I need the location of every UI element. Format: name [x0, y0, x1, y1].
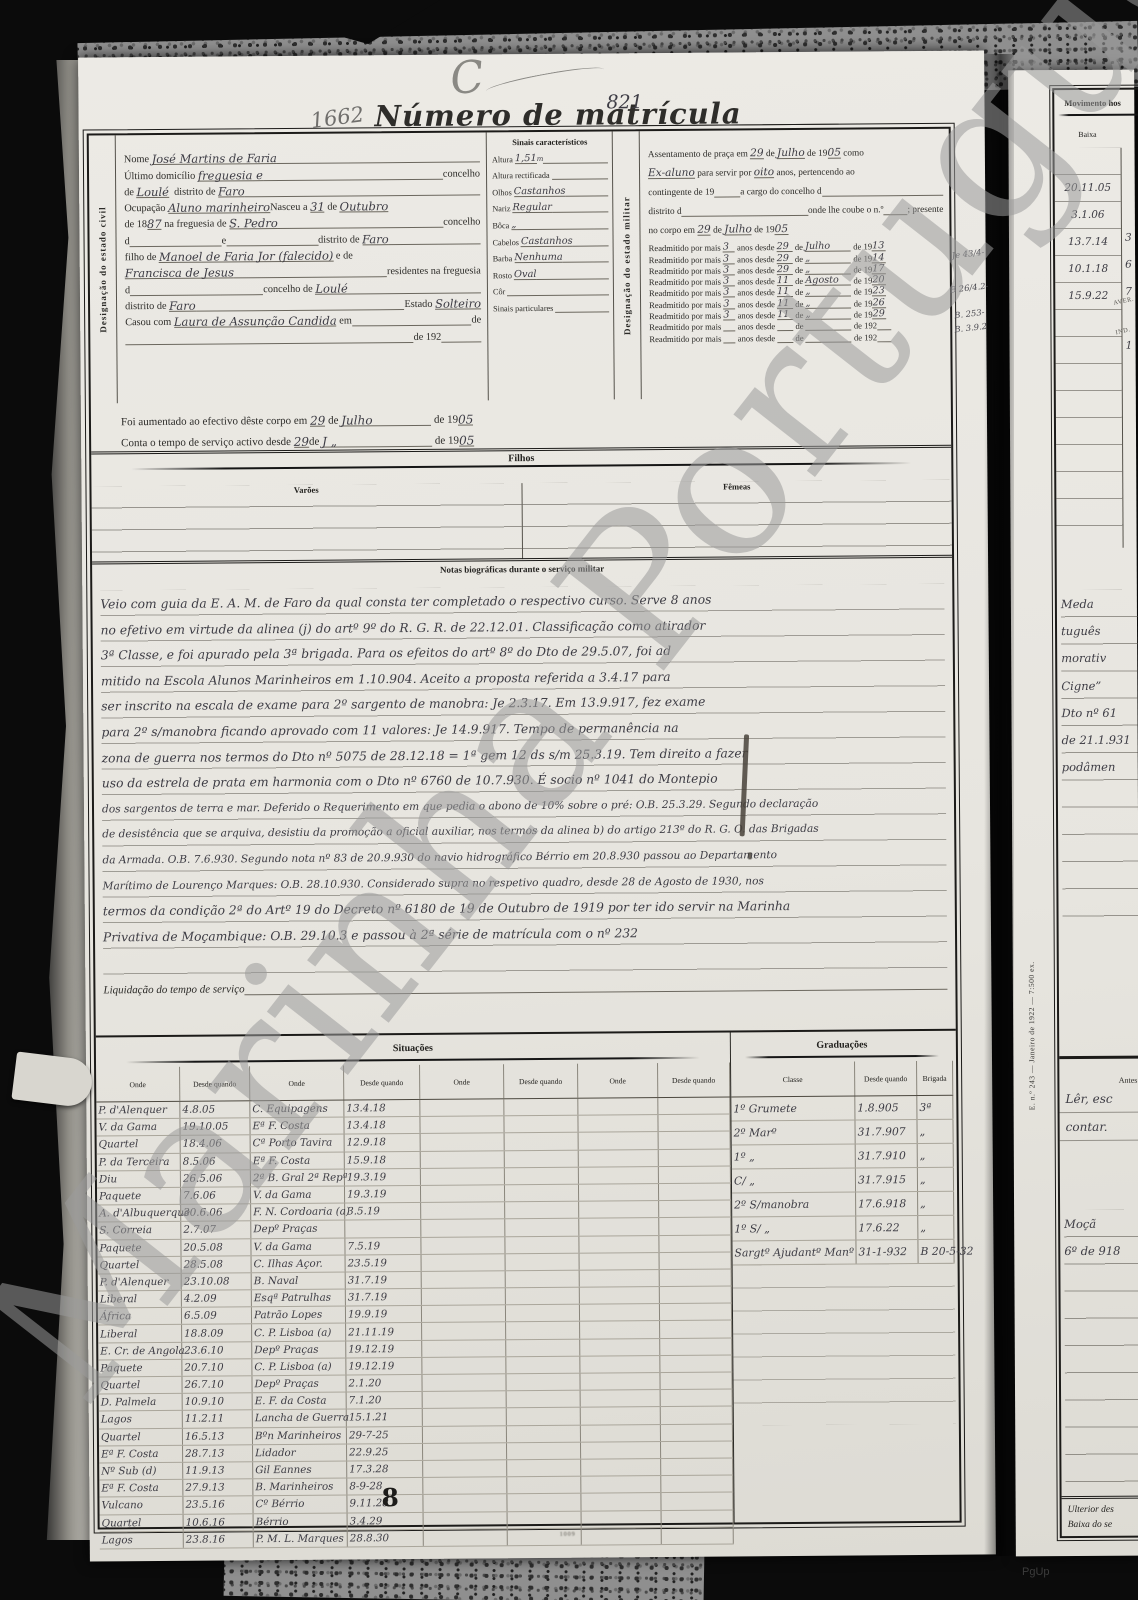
onde-4 — [581, 1425, 661, 1442]
de19-print: de 19 — [853, 242, 872, 252]
onde-3 — [421, 1134, 505, 1151]
desde-4 — [659, 1166, 731, 1183]
onde-2: V. da Gama — [251, 1238, 345, 1255]
onde-1: E. Cr. de Angola — [98, 1342, 182, 1359]
onde-2: Depº Praças — [251, 1221, 345, 1238]
right-notes-block-1: Meda tuguês morativ Cigne” Dto nº 61 de … — [1061, 590, 1138, 920]
sinais-value: 1,51 — [515, 154, 537, 164]
onde-4 — [580, 1373, 660, 1390]
desde-2: 31.7.19 — [346, 1272, 422, 1289]
note-line: 6º de 918 — [1064, 1237, 1138, 1265]
classe-cell: 1º „ — [732, 1145, 856, 1169]
onde-2: Bérrio — [254, 1513, 348, 1530]
anos-pert-label: anos, pertencendo ao — [776, 167, 854, 178]
onde-1: V. da Gama — [96, 1119, 180, 1136]
desde-4 — [661, 1441, 733, 1458]
sinais-label: Altura — [492, 155, 513, 164]
col-brigada: Brigada — [917, 1061, 953, 1095]
note-line: Cigne” — [1061, 671, 1138, 699]
desde-3 — [505, 1236, 579, 1253]
readm-ano: 14 — [872, 253, 886, 263]
classe-cell: 1º Grumete — [731, 1097, 855, 1121]
efectivo-section: Foi aumentado ao efectivo dêste corpo em… — [121, 403, 721, 450]
desde-1: 10.6.16 — [184, 1514, 254, 1531]
readm-anos — [724, 342, 736, 343]
onde-1: Diu — [97, 1171, 181, 1188]
readm-anos: 3 — [723, 254, 735, 264]
de-label: de — [795, 333, 803, 343]
desde-cell: 17.6.918 — [856, 1192, 918, 1215]
readmitido-label: Readmitido por mais — [649, 288, 721, 299]
filho-de-label: filho de — [125, 252, 157, 263]
note-line: Dto nº 61 — [1061, 698, 1138, 726]
service-table: Situações Onde Desde quando Onde Desde q… — [96, 1029, 960, 1530]
onde-2: C. Ilhas Açor. — [252, 1255, 346, 1272]
onde-3 — [423, 1443, 507, 1460]
brigada-cell: B 20-5-32 — [918, 1240, 954, 1263]
onde-3 — [422, 1357, 506, 1374]
onde-4 — [579, 1167, 659, 1184]
register-left-page: C 1662 Número de matrícula 821 Designaçã… — [78, 50, 996, 1561]
de-label: de — [795, 265, 803, 275]
sinais-label: Nariz — [492, 205, 510, 214]
onde-1: Quartel — [98, 1377, 182, 1394]
onde-1: Quartel — [97, 1136, 181, 1153]
cargo-label: a cargo do concelho d — [740, 187, 821, 198]
readm-dia: 11 — [777, 276, 793, 286]
col-onde: Onde — [250, 1066, 344, 1101]
form-frame: Designação do estado civil Nome José Mar… — [87, 127, 962, 1530]
ulterior-label: Ulterior des — [1062, 1503, 1138, 1518]
right-bottom-section: Ulterior des Baixa do se — [1062, 1496, 1138, 1533]
desde-1: 27.9.13 — [183, 1479, 253, 1496]
militar-section: Designação do estado militar Assentament… — [613, 129, 951, 400]
onde-1: Lagos — [100, 1531, 184, 1548]
desde-3 — [507, 1477, 581, 1494]
sinais-value: Castanhos — [521, 236, 573, 246]
sinais-label: Côr — [493, 288, 505, 297]
onde-1: Eª F. Costa — [99, 1480, 183, 1497]
coube-label: onde lhe coube o n.º — [808, 205, 884, 216]
readm-dia: 29 — [777, 254, 793, 264]
onde-1: Quartel — [98, 1256, 182, 1273]
desde-1: 4.2.09 — [182, 1290, 252, 1307]
readm-anos: 3 — [723, 277, 735, 287]
desde-1: 8.5.06 — [181, 1153, 251, 1170]
concelho1-value: Loulé — [136, 187, 169, 198]
desde-1: 23.10.08 — [182, 1273, 252, 1290]
desde-3 — [505, 1150, 579, 1167]
onde-4 — [580, 1356, 660, 1373]
identity-section: Designação do estado civil Nome José Mar… — [89, 129, 951, 404]
de-label: de — [766, 149, 775, 159]
concelho-de-label: concelho de — [263, 283, 313, 294]
de-label: de — [795, 321, 803, 331]
onde-3 — [422, 1271, 506, 1288]
onde-1: Vulcano — [99, 1497, 183, 1514]
graduacoes-row: 1º „ 31.7.910 „ — [732, 1144, 954, 1170]
desde-1: 11.9.13 — [183, 1462, 253, 1479]
overwritten-digit: 8 — [381, 1483, 399, 1512]
graduacoes-header-row: Classe Desde quando Brigada — [731, 1061, 953, 1098]
onde-1: A. d'Albuquerque — [97, 1205, 181, 1222]
sinais-row: Côr — [493, 279, 609, 297]
de19-label: de 19 — [434, 414, 458, 426]
onde-1: Lagos — [99, 1411, 183, 1428]
onde-4 — [581, 1493, 661, 1510]
presente-label: ; presente — [907, 205, 943, 215]
desde-1: 30.6.06 — [181, 1204, 251, 1221]
readm-mes: „ — [805, 253, 851, 263]
nasc-ano-value: 87 — [147, 219, 162, 230]
onde-2: Patrão Lopes — [252, 1307, 346, 1324]
graduacoes-row: C/ „ 31.7.915 „ — [732, 1168, 954, 1194]
margin-note: B 26/4.2- — [950, 280, 989, 294]
desde-2: 3.5.19 — [345, 1203, 421, 1220]
baixa-col2-fragment: 3 — [1125, 232, 1138, 244]
militar-side-strip: Designação do estado militar — [613, 131, 642, 399]
desde-1: 19.10.05 — [180, 1118, 250, 1135]
sinais-row: Altura rectificada — [492, 163, 608, 181]
desde-2: 15.1.21 — [347, 1409, 423, 1426]
brigada-cell: „ — [918, 1144, 954, 1167]
note-line: morativ — [1061, 644, 1138, 672]
desde-3 — [505, 1133, 579, 1150]
readmitido-label: Readmitido por mais — [649, 265, 721, 276]
baixa-date: 3.1.06 — [1055, 201, 1121, 228]
col-desde: Desde quando — [855, 1061, 917, 1095]
readmitido-label: Readmitido por mais — [649, 254, 721, 265]
anos-servir-value: oito — [754, 168, 774, 178]
desde-1: 6.5.09 — [182, 1308, 252, 1325]
graduacoes-title: Graduações — [731, 1031, 953, 1057]
nasc-dia-value: 31 — [310, 202, 325, 213]
onde-3 — [420, 1116, 504, 1133]
note-line: de 21.1.931 — [1062, 726, 1138, 754]
distrito-label: distrito de — [174, 186, 216, 197]
de18-label: de 18 — [124, 220, 147, 231]
note-line: podâmen — [1062, 753, 1138, 781]
corpo-ano: 05 — [775, 225, 789, 235]
onde-3 — [424, 1512, 508, 1529]
readmitido-label: Readmitido por mais — [649, 333, 721, 344]
onde-3 — [422, 1306, 506, 1323]
onde-2: F. N. Cordoaria (a) — [251, 1204, 345, 1221]
de19-label: de 19 — [807, 149, 827, 159]
baixa-date: 10.1.18 — [1055, 255, 1121, 282]
classe-cell: 2º Marº — [731, 1121, 855, 1145]
anos-desde-label: anos desde — [737, 265, 775, 275]
onde-4 — [579, 1201, 659, 1218]
col-desde: Desde quando — [180, 1066, 250, 1101]
note-line: Meda — [1061, 590, 1138, 618]
desde-4 — [658, 1097, 730, 1114]
onde-1: P. da Terceira — [97, 1153, 181, 1170]
desde-2: 19.9.19 — [346, 1306, 422, 1323]
onde-2: C. Equipagens — [250, 1101, 344, 1118]
desde-4 — [660, 1355, 732, 1372]
de-label: de — [795, 242, 803, 252]
assent-dia: 29 — [750, 149, 764, 159]
onde-1: Paquete — [97, 1188, 181, 1205]
onde-3 — [421, 1151, 505, 1168]
onde-2: Lidador — [253, 1444, 347, 1461]
conta-dia: 29 — [294, 437, 309, 448]
sinais-row: Rosto Oval — [493, 263, 609, 281]
readm-mes: Julho — [805, 242, 851, 252]
bio-notes: Veio com guia da E. A. M. de Faro da qua… — [100, 584, 947, 977]
classe-cell: Sargtº Ajudantº Manº — [732, 1241, 856, 1265]
desde-4 — [659, 1132, 731, 1149]
desde-1: 2.7.07 — [181, 1222, 251, 1239]
sinais-row: Olhos Castanhos — [492, 180, 608, 198]
onde-3 — [422, 1323, 506, 1340]
graduacoes-row: 2º S/manobra 17.6.918 „ — [732, 1192, 954, 1218]
baixa-column: 20.11.05 3.1.06 13.7.14 10.1.18 15.9.22 — [1055, 148, 1124, 548]
ind-stamp: IND. — [1115, 326, 1131, 336]
onde-4 — [580, 1253, 660, 1270]
situacoes-table: Situações Onde Desde quando Onde Desde q… — [96, 1032, 734, 1529]
sinais-label: Sinais particulares — [493, 304, 553, 313]
nome-label: Nome — [124, 154, 149, 165]
onde-3 — [423, 1409, 507, 1426]
ink-dot — [748, 852, 751, 859]
assent-mes: Julho — [777, 149, 805, 159]
desde-1: 23.5.16 — [183, 1497, 253, 1514]
page-gutter-shadow — [984, 54, 1014, 1556]
register-right-page: E. n.º 243 — Janeiro de 1922 — 7:500 ex.… — [1008, 70, 1138, 1557]
de19-label: de 19 — [435, 435, 459, 447]
desde-3 — [507, 1494, 581, 1511]
sinais-section: Sinais característicos Altura 1,51m Altu… — [486, 131, 615, 400]
no-corpo-label: no corpo em — [648, 226, 695, 236]
onde-4 — [579, 1132, 659, 1149]
corpo-dia: 29 — [697, 226, 711, 236]
nasceu-label: Nasceu a — [270, 202, 308, 213]
desde-1: 28.5.08 — [182, 1256, 252, 1273]
de19-label: de 19 — [754, 225, 774, 235]
brigada-cell: 3ª — [917, 1096, 953, 1119]
militar-fields: Assentamento de praça em 29 de Julho de … — [640, 129, 951, 399]
desde-2: 29-7-25 — [347, 1426, 423, 1443]
aumentado-mes: Julho — [341, 415, 431, 427]
onde-2: B. Naval — [252, 1272, 346, 1289]
ocupacao-label: Ocupação — [124, 203, 165, 214]
distrito-label: distrito de — [125, 301, 167, 312]
assentamento-label: Assentamento de praça em — [648, 149, 748, 160]
graduacoes-row: 1º Grumete 1.8.905 3ª — [731, 1096, 953, 1122]
desde-4 — [661, 1493, 733, 1510]
readm-anos: 3 — [723, 288, 735, 298]
como-label: como — [843, 148, 864, 158]
onde-3 — [423, 1426, 507, 1443]
sinais-value: Castanhos — [514, 187, 566, 197]
nome-value: José Martins de Faria — [152, 153, 277, 165]
sinais-row: Barba Nenhuma — [493, 246, 609, 264]
onde-2: Gil Eannes — [253, 1461, 347, 1478]
desde-2: 23.5.19 — [346, 1255, 422, 1272]
classe-cell: 1º S/ „ — [732, 1217, 856, 1241]
baixa-date: 20.11.05 — [1055, 174, 1121, 201]
onde-1: Nº Sub (d) — [99, 1463, 183, 1480]
situacoes-row: Lagos 23.8.16 P. M. L. Marques 28.8.30 — [100, 1527, 734, 1549]
desde-3 — [506, 1253, 580, 1270]
de19-print: de 19 — [854, 309, 873, 319]
concelho-label: concelho — [443, 217, 480, 228]
onde-1: África — [98, 1308, 182, 1325]
section-rule — [1059, 1056, 1138, 1059]
desde-2: 3.4.29 — [348, 1512, 424, 1529]
desde-4 — [659, 1218, 731, 1235]
filhos-femeas-column: Fêmeas — [521, 480, 952, 559]
onde-1: Liberal — [98, 1325, 182, 1342]
desde-3 — [506, 1288, 580, 1305]
desde-2: 2.1.20 — [346, 1375, 422, 1392]
de19-print: de 192 — [854, 332, 877, 342]
desde-4 — [659, 1149, 731, 1166]
onde-4 — [580, 1287, 660, 1304]
onde-4 — [580, 1270, 660, 1287]
desde-2: 17.3.28 — [347, 1461, 423, 1478]
onde-4 — [579, 1236, 659, 1253]
onde-3 — [421, 1202, 505, 1219]
onde-1: Paquete — [98, 1360, 182, 1377]
sinais-row: Nariz Regular — [492, 196, 608, 214]
sinais-label: Olhos — [492, 188, 512, 197]
col-desde: Desde quando — [504, 1064, 578, 1099]
onde-4 — [580, 1304, 660, 1321]
domicilio-label: Último domicílio — [124, 170, 195, 182]
readm-mes: „ — [805, 287, 851, 297]
desde-3 — [507, 1460, 581, 1477]
readmitido-label: Readmitido por mais — [649, 299, 721, 310]
brigada-cell: „ — [918, 1216, 954, 1239]
classe-cell: 2º S/manobra — [732, 1193, 856, 1217]
varoes-header: Varões — [91, 483, 521, 496]
de19-print: de 19 — [853, 276, 872, 286]
desde-2: 19.12.19 — [346, 1341, 422, 1358]
onde-2: P. M. L. Marques — [254, 1530, 348, 1547]
estado-value: Solteiro — [435, 298, 481, 309]
desde-4 — [659, 1183, 731, 1200]
aumentado-dia: 29 — [310, 416, 325, 427]
desde-1: 18.4.06 — [181, 1136, 251, 1153]
de-label: de — [713, 226, 722, 236]
scanned-register-screen: PgUp C 1662 Número de matrícula 821 Desi… — [0, 0, 1138, 1600]
desde-1: 10.9.10 — [183, 1393, 253, 1410]
antes-line: Lêr, esc — [1059, 1085, 1138, 1113]
militar-side-label: Designação do estado militar — [621, 196, 632, 335]
readm-dia: 29 — [777, 265, 793, 275]
right-form-frame: Movimento hos Baixa 20.11.05 3.1.06 13.7… — [1052, 88, 1138, 1538]
onde-4 — [581, 1442, 661, 1459]
onde-3 — [423, 1391, 507, 1408]
desde-2: 15.9.18 — [345, 1151, 421, 1168]
graduacoes-table: Graduações Classe Desde quando Brigada 1… — [730, 1031, 957, 1525]
onde-3 — [421, 1185, 505, 1202]
readm-anos: 3 — [723, 311, 735, 321]
desde-2: 19.3.19 — [345, 1169, 421, 1186]
onde-1: P. d'Alenquer — [98, 1274, 182, 1291]
readm-dia: 11 — [777, 287, 793, 297]
sinais-value: Nenhuma — [514, 253, 563, 263]
desde-1: 4.8.05 — [180, 1101, 250, 1118]
sinais-label: Cabelos — [493, 238, 519, 247]
de19-print: de 192 — [854, 321, 877, 331]
baixa-column-header: Baixa — [1054, 130, 1120, 139]
onde-4 — [582, 1528, 662, 1545]
situacoes-header-row: Onde Desde quando Onde Desde quando Onde… — [96, 1062, 730, 1102]
keyboard-key-pgup: PgUp — [1022, 1566, 1050, 1578]
baixa-col2-fragment: 6 — [1125, 259, 1138, 271]
margin-note: Je 43/4- — [951, 247, 985, 261]
baixa-col2-fragment: 1 — [1126, 340, 1138, 352]
col-classe: Classe — [731, 1062, 855, 1097]
readmitido-label: Readmitido por mais — [649, 311, 721, 322]
readmission-row: Readmitido por mais anos desde de de 192 — [649, 330, 944, 344]
residentes-label: residentes na freguesia — [387, 266, 481, 278]
estado-label: Estado — [404, 299, 432, 310]
sinais-value: Oval — [514, 270, 537, 280]
femeas-header: Fêmeas — [522, 480, 952, 493]
desde-2: 31.7.19 — [346, 1289, 422, 1306]
desde-2: 13.4.18 — [344, 1117, 420, 1134]
domicilio-value: freguesia e — [198, 170, 263, 182]
readm-anos — [724, 331, 736, 332]
liquidacao-label: Liquidação do tempo de serviço — [103, 983, 244, 996]
onde-2: Lancha de Guerra — [253, 1410, 347, 1427]
col-desde: Desde quando — [344, 1065, 420, 1100]
readm-dia: 11 — [777, 310, 793, 320]
onde-2: Depº Praças — [252, 1341, 346, 1358]
desde-2: 12.9.18 — [345, 1134, 421, 1151]
anos-desde-label: anos desde — [738, 310, 776, 320]
de-label: de — [309, 436, 319, 448]
sinais-value: Regular — [513, 203, 552, 213]
anos-desde-label: anos desde — [737, 242, 775, 252]
desde-4 — [661, 1390, 733, 1407]
desde-1: 7.6.06 — [181, 1187, 251, 1204]
desde-1: 16.5.13 — [183, 1428, 253, 1445]
onde-3 — [423, 1477, 507, 1494]
desde-3 — [507, 1391, 581, 1408]
baixa-do-label: Baixa do se — [1062, 1518, 1138, 1533]
col-onde: Onde — [578, 1063, 658, 1098]
distrito-label: distrito de — [318, 234, 360, 245]
desde-3 — [504, 1116, 578, 1133]
conjuge-value: Laura de Assunção Candida — [174, 316, 337, 328]
desde-3 — [506, 1322, 580, 1339]
desde-2: 21.11.19 — [346, 1323, 422, 1340]
desde-2: 7.5.19 — [345, 1237, 421, 1254]
desde-4 — [661, 1407, 733, 1424]
onde-2: C. P. Lisboa (a) — [252, 1324, 346, 1341]
de-label: de — [795, 287, 803, 297]
readm-mes: „ — [805, 298, 851, 308]
desde-4 — [660, 1321, 732, 1338]
de19-print: de 19 — [853, 264, 872, 274]
onde-2: E. F. da Costa — [253, 1393, 347, 1410]
anos-desde-label: anos desde — [738, 321, 776, 331]
onde-3 — [422, 1288, 506, 1305]
de-label: de — [795, 253, 803, 263]
onde-4 — [580, 1339, 660, 1356]
onde-4 — [579, 1184, 659, 1201]
de19-print: de 19 — [854, 298, 873, 308]
readm-ano: 29 — [873, 309, 887, 319]
onde-4 — [579, 1150, 659, 1167]
readm-dia — [777, 342, 793, 343]
